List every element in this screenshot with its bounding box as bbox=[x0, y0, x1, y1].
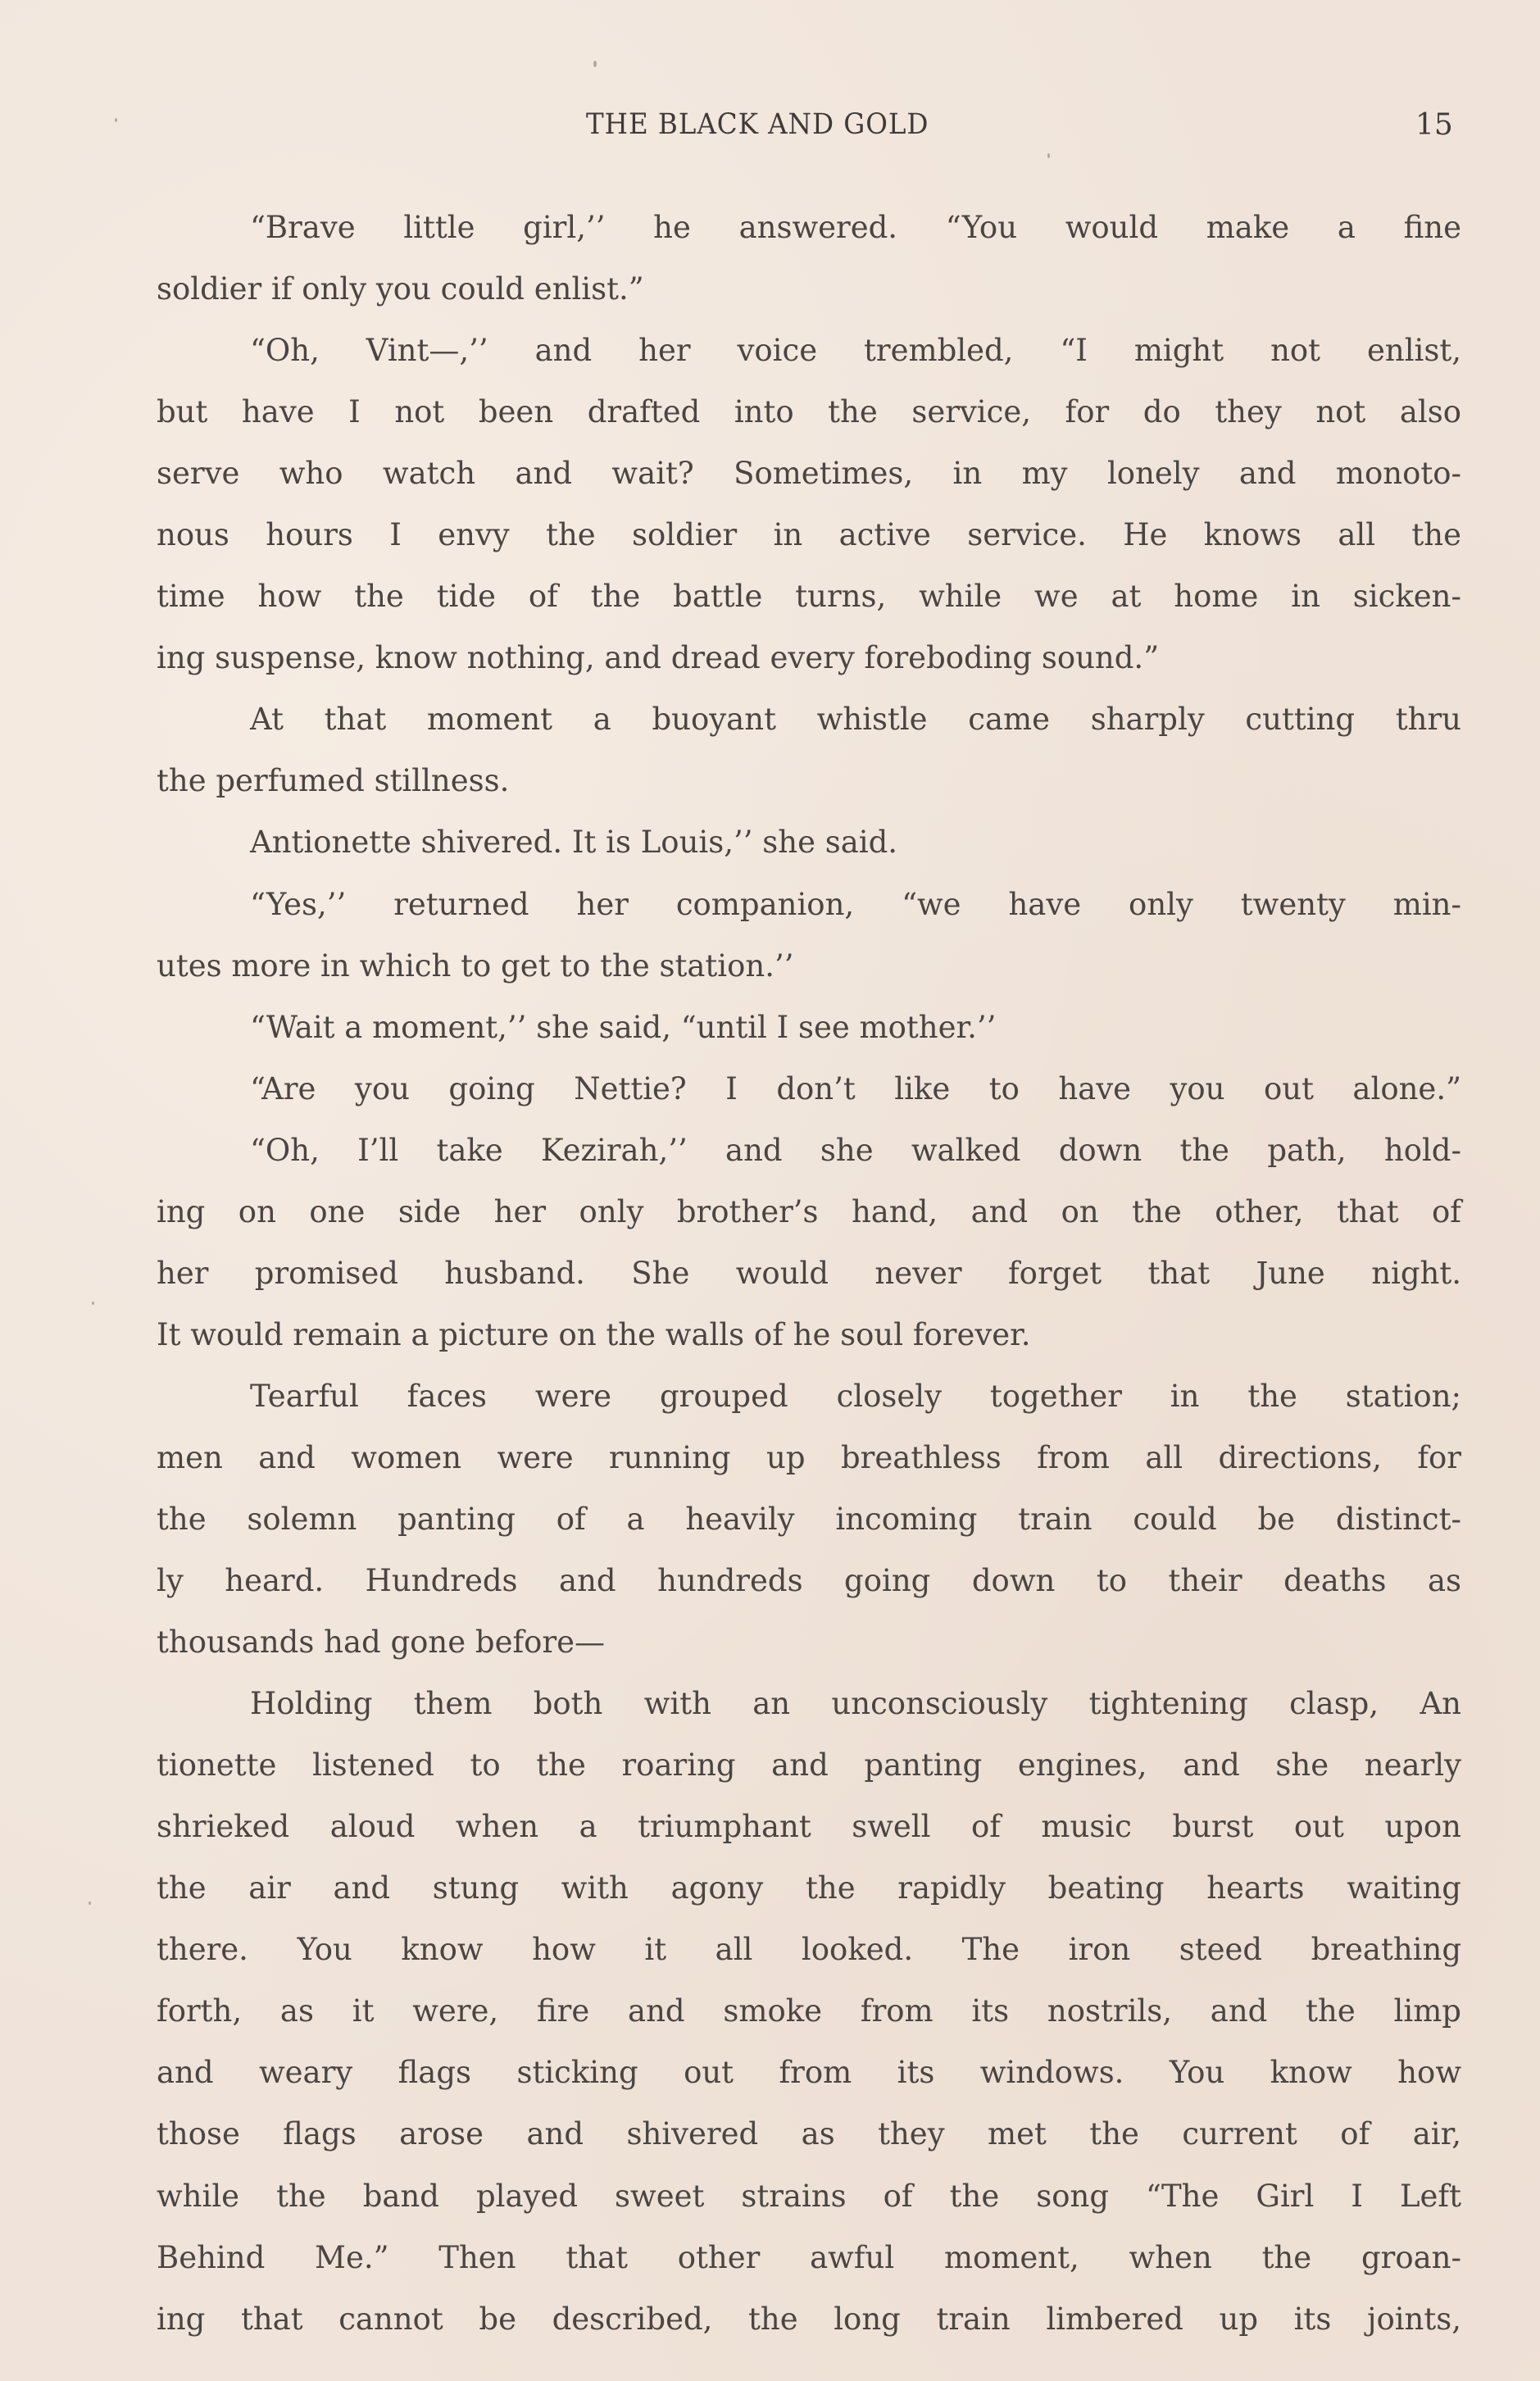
running-title: THE BLACK AND GOLD bbox=[586, 108, 929, 141]
text-line: time how the tide of the battle turns, w… bbox=[157, 575, 1461, 637]
text-line: her promised husband. She would never fo… bbox=[157, 1252, 1461, 1314]
text-line: ing that cannot be described, the long t… bbox=[157, 2298, 1461, 2360]
text-line: “Are you going Nettie? I don’t like to h… bbox=[157, 1068, 1461, 1129]
text-line: thousands had gone before— bbox=[157, 1621, 1461, 1683]
text-line: but have I not been drafted into the ser… bbox=[157, 391, 1461, 452]
text-line: ing suspense, know nothing, and dread ev… bbox=[157, 637, 1461, 698]
body-text: “Brave little girl,’’ he answered. “You … bbox=[157, 207, 1461, 2360]
text-line: and weary flags sticking out from its wi… bbox=[157, 2052, 1461, 2113]
text-line: forth, as it were, fire and smoke from i… bbox=[157, 1990, 1461, 2052]
text-line: while the band played sweet strains of t… bbox=[157, 2175, 1461, 2237]
page-number: 15 bbox=[1415, 108, 1453, 142]
text-line: utes more in which to get to the station… bbox=[157, 945, 1461, 1006]
book-page: THE BLACK AND GOLD 15 “Brave little girl… bbox=[0, 0, 1540, 2381]
text-line: At that moment a buoyant whistle came sh… bbox=[157, 698, 1461, 760]
text-line: “Wait a moment,’’ she said, “until I see… bbox=[157, 1006, 1461, 1068]
paper-speck bbox=[1047, 153, 1050, 158]
text-line: the air and stung with agony the rapidly… bbox=[157, 1867, 1461, 1929]
text-line: serve who watch and wait? Sometimes, in … bbox=[157, 452, 1461, 514]
text-line: shrieked aloud when a triumphant swell o… bbox=[157, 1806, 1461, 1867]
text-line: the solemn panting of a heavily incoming… bbox=[157, 1498, 1461, 1560]
text-line: ing on one side her only brother’s hand,… bbox=[157, 1191, 1461, 1252]
text-line: “Brave little girl,’’ he answered. “You … bbox=[157, 207, 1461, 268]
paper-speck bbox=[115, 118, 117, 122]
paper-speck bbox=[92, 1302, 94, 1305]
paper-speck bbox=[89, 1902, 91, 1905]
text-line: ly heard. Hundreds and hundreds going do… bbox=[157, 1560, 1461, 1621]
text-line: tionette listened to the roaring and pan… bbox=[157, 1744, 1461, 1806]
text-line: “Oh, Vint—,’’ and her voice trembled, “I… bbox=[157, 329, 1461, 391]
text-line: soldier if only you could enlist.” bbox=[157, 268, 1461, 329]
paper-speck bbox=[593, 61, 597, 67]
text-line: Tearful faces were grouped closely toget… bbox=[157, 1375, 1461, 1437]
text-line: Behind Me.” Then that other awful moment… bbox=[157, 2237, 1461, 2298]
text-line: “Oh, I’ll take Kezirah,’’ and she walked… bbox=[157, 1129, 1461, 1191]
text-line: nous hours I envy the soldier in active … bbox=[157, 514, 1461, 575]
text-line: Antionette shivered. It is Louis,’’ she … bbox=[157, 821, 1461, 883]
text-line: Holding them both with an unconsciously … bbox=[157, 1683, 1461, 1744]
text-line: It would remain a picture on the walls o… bbox=[157, 1314, 1461, 1375]
text-line: the perfumed stillness. bbox=[157, 760, 1461, 821]
text-line: men and women were running up breathless… bbox=[157, 1437, 1461, 1498]
text-line: those flags arose and shivered as they m… bbox=[157, 2113, 1461, 2174]
text-line: “Yes,’’ returned her companion, “we have… bbox=[157, 884, 1461, 945]
text-line: there. You know how it all looked. The i… bbox=[157, 1929, 1461, 1990]
